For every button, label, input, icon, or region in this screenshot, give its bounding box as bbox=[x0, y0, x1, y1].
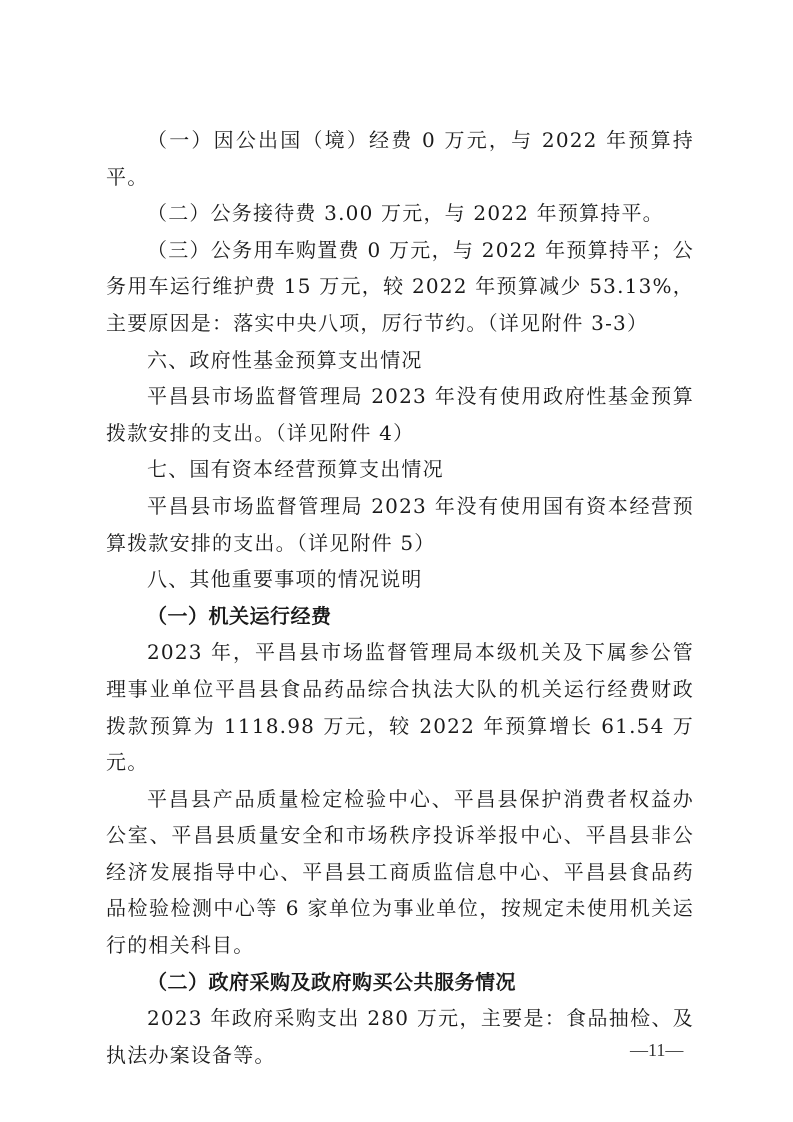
page-number: —11— bbox=[630, 1040, 683, 1061]
paragraph-reception-fee: （二）公务接待费 3.00 万元，与 2022 年预算持平。 bbox=[106, 195, 694, 232]
paragraph-public-institutions: 平昌县产品质量检定检验中心、平昌县保护消费者权益办公室、平昌县质量安全和市场秩序… bbox=[106, 781, 694, 964]
paragraph-state-capital: 平昌县市场监督管理局 2023 年没有使用国有资本经营预算拨款安排的支出。（详见… bbox=[106, 488, 694, 561]
paragraph-outbound-travel: （一）因公出国（境）经费 0 万元，与 2022 年预算持平。 bbox=[106, 122, 694, 195]
subheading-operating-expenses: （一）机关运行经费 bbox=[106, 598, 694, 635]
subheading-procurement: （二）政府采购及政府购买公共服务情况 bbox=[106, 964, 694, 1001]
paragraph-vehicle-fee: （三）公务用车购置费 0 万元，与 2022 年预算持平；公务用车运行维护费 1… bbox=[106, 232, 694, 342]
paragraph-operating-expenses: 2023 年，平昌县市场监督管理局本级机关及下属参公管理事业单位平昌县食品药品综… bbox=[106, 634, 694, 780]
paragraph-procurement: 2023 年政府采购支出 280 万元，主要是：食品抽检、及执法办案设备等。 bbox=[106, 1000, 694, 1073]
heading-state-capital: 七、国有资本经营预算支出情况 bbox=[106, 451, 694, 488]
paragraph-government-fund: 平昌县市场监督管理局 2023 年没有使用政府性基金预算拨款安排的支出。（详见附… bbox=[106, 378, 694, 451]
heading-government-fund: 六、政府性基金预算支出情况 bbox=[106, 342, 694, 379]
document-page: （一）因公出国（境）经费 0 万元，与 2022 年预算持平。 （二）公务接待费… bbox=[106, 122, 694, 1073]
heading-other-matters: 八、其他重要事项的情况说明 bbox=[106, 561, 694, 598]
